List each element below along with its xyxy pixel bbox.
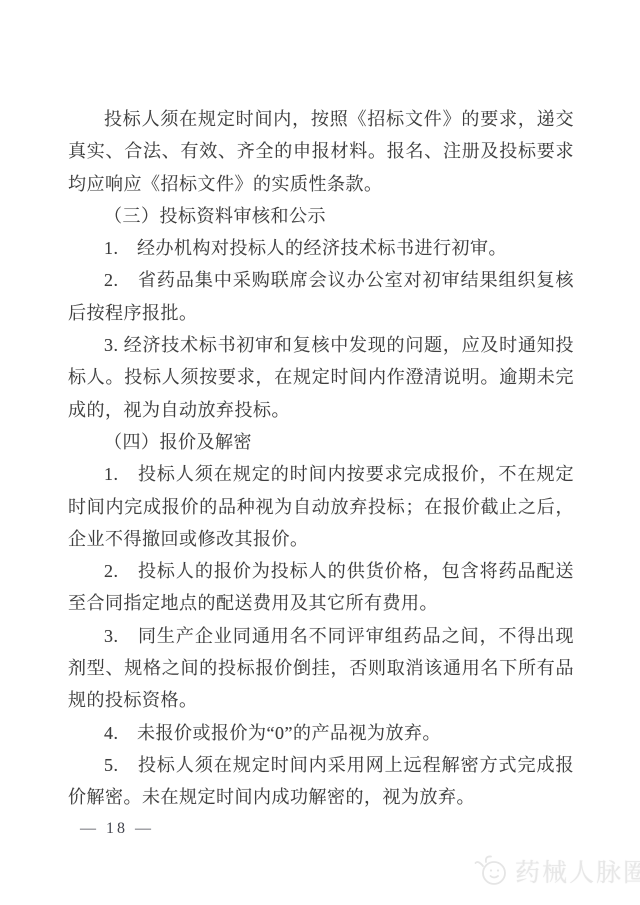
document-page: 投标人须在规定时间内，按照《招标文件》的要求，递交真实、合法、有效、齐全的申报材… [0,0,640,905]
item-recheck-approval: 2. 省药品集中采购联席会议办公室对初审结果组织复核后按程序报批。 [68,264,574,329]
item-quotation-deadline: 1. 投标人须在规定的时间内按要求完成报价，不在规定时间内完成报价的品种视为自动… [68,458,574,555]
watermark-text: 药械人脉圈 [515,853,640,889]
item-initial-review: 1. 经办机构对投标人的经济技术标书进行初审。 [68,232,574,264]
mascot-face-icon [474,854,510,888]
paragraph-submission-requirements: 投标人须在规定时间内，按照《招标文件》的要求，递交真实、合法、有效、齐全的申报材… [68,103,574,200]
page-number: — 18 — [80,820,154,838]
section-heading-review-publicity: （三）投标资料审核和公示 [68,200,574,232]
item-supply-price: 2. 投标人的报价为投标人的供货价格，包含将药品配送至合同指定地点的配送费用及其… [68,555,574,620]
item-remote-decryption: 5. 投标人须在规定时间内采用网上远程解密方式完成报价解密。未在规定时间内成功解… [68,749,574,814]
document-body: 投标人须在规定时间内，按照《招标文件》的要求，递交真实、合法、有效、齐全的申报材… [68,103,574,814]
item-clarification: 3. 经济技术标书初审和复核中发现的问题，应及时通知投标人。投标人须按要求，在规… [68,329,574,426]
watermark: 药械人脉圈 [474,853,640,889]
item-zero-quotation: 4. 未报价或报价为“0”的产品视为放弃。 [68,717,574,749]
item-price-inversion: 3. 同生产企业同通用名不同评审组药品之间，不得出现剂型、规格之间的投标报价倒挂… [68,620,574,717]
section-heading-quotation-decryption: （四）报价及解密 [68,426,574,458]
